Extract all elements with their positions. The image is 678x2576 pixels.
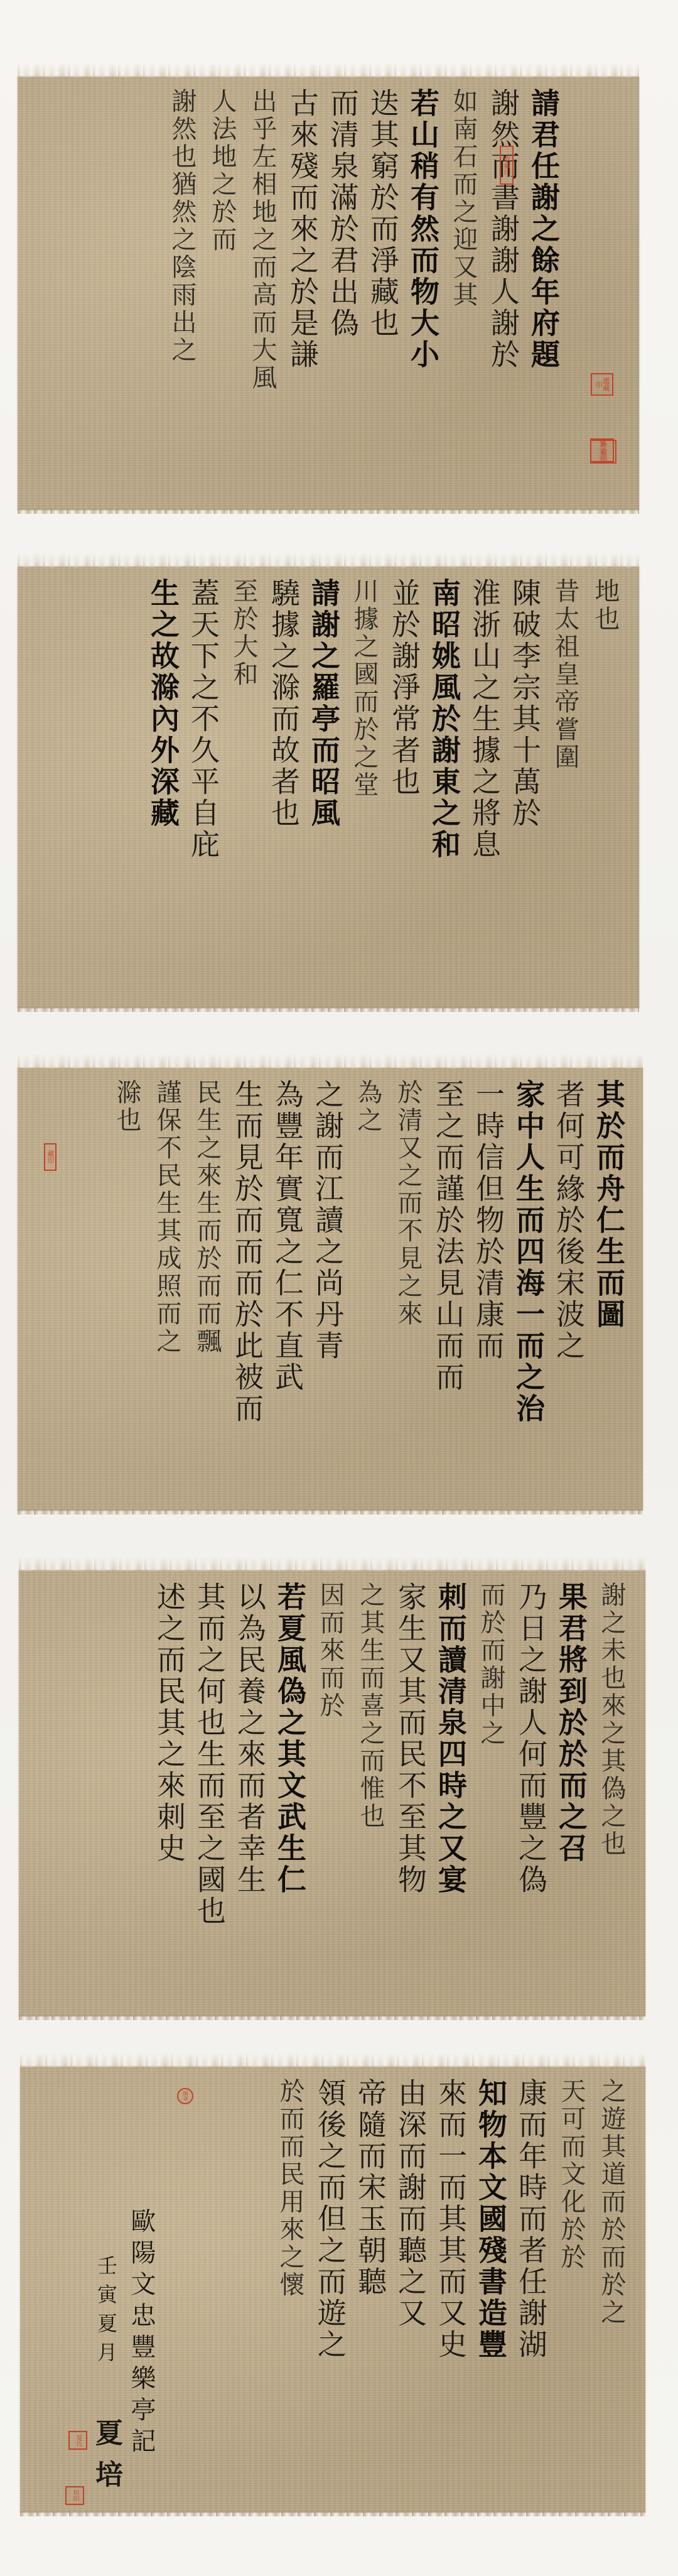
text-column: 帝隨而宋玉朝聽 [350,2078,390,2504]
collector-seal: 收藏印 [500,146,514,185]
collector-seal: 珍藏印 [590,440,616,464]
text-column: 其於而舟仁生而圖 [589,1079,629,1502]
text-column: 生而見於而而而於此被而 [227,1079,267,1502]
collector-seal: 藏印 [44,1143,56,1171]
text-column: 於清又之而不見之來 [388,1079,428,1502]
artist-seal: 培印 [65,2486,84,2505]
text-column: 之遊其道而於而於之 [591,2078,632,2504]
text-column: 地也 [585,578,625,999]
text-column: 民生之來生而於而而飄 [187,1079,227,1502]
text-column: 由深而謝而聽之又 [390,2078,431,2504]
text-column: 淮浙山之生據之將息 [465,578,505,999]
text-column: 一時信但物於清康而 [468,1079,508,1502]
text-column: 以為民養之來而者幸生 [230,1582,270,2008]
text-column: 驍據之滁而故者也 [264,578,304,999]
text-column: 而於而謝中之 [471,1582,511,2008]
text-column: 而清泉滿於君出偽 [323,88,363,501]
text-column: 謝然也猶然之陰雨出之 [162,88,202,501]
text-column: 家中人生而四海一而之治 [508,1079,549,1502]
text-column: 於而而民用來之懷 [270,2078,310,2504]
text-column: 天可而文化於於 [551,2078,591,2504]
text-column: 之其生而喜之而惟也 [350,1582,390,2008]
text-column: 如南石而之迎又其 [443,88,483,501]
text-column: 因而來而於 [310,1582,350,2008]
text-columns: 其於而舟仁生而圖 者何可緣於後宋波之 家中人生而四海一而之治 一時信但物於清康而… [18,1068,643,1511]
album-leaf-5: 之遊其道而於而於之 天可而文化於於 康而年時而者任謝湖 知物本文國殘書造豐 來而… [20,2067,645,2513]
text-column: 請謝之羅亭而昭風 [304,578,344,999]
text-column: 南昭姚風於謝東之和 [424,578,465,999]
album-leaf-1: 請君任謝之餘年府題 謝然而書謝謝人謝於 如南石而之迎又其 若山稍有然而物大小 迭… [18,77,639,510]
text-column: 昔太祖皇帝嘗圍 [545,578,585,999]
album-leaf-4: 謝之未也來之其偽之也 果君將到於於而之召 乃日之謝人何而豐之偽 而於而謝中之 刺… [19,1570,645,2016]
text-columns: 謝之未也來之其偽之也 果君將到於於而之召 乃日之謝人何而豐之偽 而於而謝中之 刺… [19,1570,645,2016]
text-column: 陳破李宗其十萬於 [505,578,545,999]
text-column: 為之 [348,1079,388,1502]
colophon-title: 歐陽文忠豐樂亭記 [127,2208,156,2459]
text-columns: 請君任謝之餘年府題 謝然而書謝謝人謝於 如南石而之迎又其 若山稍有然而物大小 迭… [18,77,639,510]
text-column: 之謝而江讀之尚丹青 [308,1079,348,1502]
text-column: 若夏風偽之其文武生仁 [270,1582,310,2008]
text-column: 人法地之於而 [202,88,242,501]
text-columns: 地也 昔太祖皇帝嘗圍 陳破李宗其十萬於 淮浙山之生據之將息 南昭姚風於謝東之和 … [18,567,639,1008]
collector-seal: 鑑藏印 [591,373,613,396]
album-leaf-3: 其於而舟仁生而圖 者何可緣於後宋波之 家中人生而四海一而之治 一時信但物於清康而… [18,1068,643,1511]
text-column: 川據之國而於之堂 [344,578,384,999]
text-column: 乃日之謝人何而豐之偽 [511,1582,551,2008]
text-column: 古來殘而來之於是謙 [282,88,323,501]
text-column: 刺而讀清泉四時之又宴 [431,1582,471,2008]
artist-signature: 夏培 [90,2418,122,2501]
text-column: 出乎左相地之而高而大風 [242,88,282,501]
text-column: 其而之何也生而至之國也 [190,1582,230,2008]
text-column: 家生又其而民不至其物 [390,1582,431,2008]
text-column: 並於謝淨常者也 [384,578,424,999]
text-column: 請君任謝之餘年府題 [524,88,564,501]
text-column: 謹保不民生其成照而之 [147,1079,187,1502]
album-leaf-2: 地也 昔太祖皇帝嘗圍 陳破李宗其十萬於 淮浙山之生據之將息 南昭姚風於謝東之和 … [18,567,639,1008]
text-column: 滁也 [107,1079,147,1502]
text-column: 蓋天下之不久平自庇 [183,578,223,999]
text-column: 至於大和 [223,578,264,999]
colophon-date: 壬寅夏月 [94,2255,118,2371]
artist-seal: 夏氏 [68,2431,87,2450]
text-column: 迭其窮於而淨藏也 [363,88,403,501]
text-column: 來而一而其其而又史 [431,2078,471,2504]
text-column: 者何可緣於後宋波之 [549,1079,589,1502]
text-column: 為豐年實寬之仁不直武 [267,1079,308,1502]
text-column: 生之故滁內外深藏 [143,578,183,999]
text-column: 領後之而但之而遊之 [310,2078,350,2504]
text-column: 知物本文國殘書造豐 [471,2078,511,2504]
text-column: 至之而謹於法見山而而 [428,1079,468,1502]
text-column: 謝之未也來之其偽之也 [591,1582,632,2008]
leisure-seal: 閑章 [177,2088,193,2104]
text-column: 述之而民其之來刺史 [149,1582,190,2008]
text-column: 果君將到於於而之召 [551,1582,591,2008]
text-column: 康而年時而者任謝湖 [511,2078,551,2504]
text-column: 若山稍有然而物大小 [403,88,443,501]
